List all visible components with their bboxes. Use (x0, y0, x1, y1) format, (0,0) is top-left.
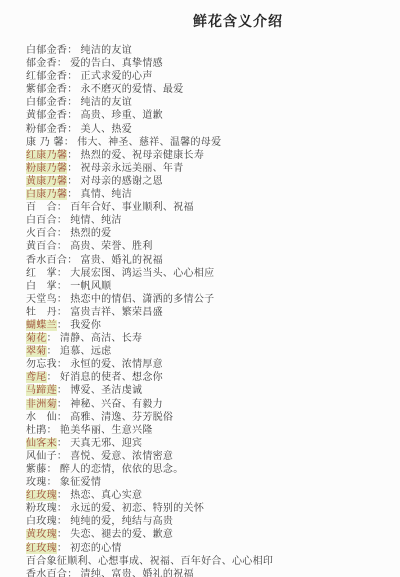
flower-entry: 鸢尾：好消息的使者、想念你 (26, 371, 400, 384)
colon-separator: ： (57, 490, 67, 501)
colon-separator: ： (67, 84, 77, 95)
flower-meaning: 美人、热爱 (81, 124, 133, 135)
flower-name-highlighted: 白康乃馨 (26, 189, 67, 200)
flower-entry: 玫瑰：象征爱情 (26, 476, 400, 489)
flower-meaning: 祝母亲永远美丽、年青 (81, 163, 184, 174)
flower-meaning: 大展宏图、鸿运当头、心心相应 (70, 268, 214, 279)
colon-separator: ： (47, 464, 57, 475)
flower-meaning: 富贵、婚礼的祝福 (81, 255, 163, 266)
flower-meaning: 纯洁的友谊 (81, 45, 133, 56)
colon-separator: ： (67, 97, 77, 108)
flower-entry: 白郁金香：纯洁的友谊 (26, 96, 400, 109)
colon-separator: ： (57, 516, 67, 527)
flower-name: 红 掌 (26, 268, 57, 279)
colon-separator: ： (47, 425, 57, 436)
flower-name: 勿忘我 (26, 359, 57, 370)
colon-separator: ： (67, 176, 77, 187)
flower-name-highlighted: 蝴蝶兰 (26, 320, 57, 331)
flower-meaning: 真情、纯洁 (81, 189, 133, 200)
flower-name: 香水百合 (26, 255, 67, 266)
flower-entry: 百合象征顺利、心想事成、祝福、百年好合、心心相印 (26, 555, 400, 568)
flower-meaning: 神秘、兴奋、有毅力 (70, 399, 163, 410)
flower-entry: 百 合：百年合好、事业顺利、祝福 (26, 201, 400, 214)
flower-name: 黄百合 (26, 241, 57, 252)
flower-entry: 黄玫瑰：失恋、褪去的爱、歉意 (26, 528, 400, 541)
colon-separator: ： (57, 451, 67, 462)
colon-separator: ： (57, 58, 67, 69)
flower-name-highlighted: 菊花 (26, 333, 47, 344)
flower-meaning: 高贵、珍重、道歉 (81, 110, 163, 121)
colon-separator: ： (57, 359, 67, 370)
flower-name: 白郁金香 (26, 45, 67, 56)
flower-name: 黄郁金香 (26, 110, 67, 121)
flower-name: 紫郁金香 (26, 84, 67, 95)
flower-name: 粉郁金香 (26, 124, 67, 135)
document-page: 鲜花含义介绍 白郁金香：纯洁的友谊郁金香：爱的告白、真挚情感红郁金香：正式求爱的… (0, 0, 400, 577)
flower-entry: 白百合：纯情、纯洁 (26, 214, 400, 227)
colon-separator: ： (67, 255, 77, 266)
colon-separator: ： (57, 281, 67, 292)
flower-entry: 马蹄莲：博爱、圣洁虔诚 (26, 384, 400, 397)
flower-name: 白郁金香 (26, 97, 67, 108)
flower-entry: 粉康乃馨：祝母亲永远美丽、年青 (26, 162, 400, 175)
flower-meaning: 清静、高洁、长寿 (60, 333, 142, 344)
page-title: 鲜花含义介绍 (0, 0, 400, 31)
flower-name: 水 仙 (26, 412, 57, 423)
flower-entry: 粉郁金香：美人、热爱 (26, 123, 400, 136)
flower-entry: 水 仙：高雅、清逸、芬芳脱俗 (26, 411, 400, 424)
flower-name: 火百合 (26, 228, 57, 239)
colon-separator: ： (57, 529, 67, 540)
colon-separator: ： (47, 477, 57, 488)
flower-meaning: 追慕、远虑 (60, 346, 112, 357)
flower-name-highlighted: 鸢尾 (26, 372, 47, 383)
flower-entry: 白玫瑰：纯纯的爱，纯结与高贵 (26, 515, 400, 528)
flower-meaning: 正式求爱的心声 (81, 71, 153, 82)
colon-separator: ： (57, 215, 67, 226)
flower-name: 红郁金香 (26, 71, 67, 82)
flower-entry: 非洲菊：神秘、兴奋、有毅力 (26, 398, 400, 411)
flower-entry: 紫郁金香：永不磨灭的爱情、最爱 (26, 83, 400, 96)
flower-entry: 勿忘我：永恒的爱、浓情厚意 (26, 358, 400, 371)
flower-entry: 天堂鸟：热恋中的情侣、潇洒的多情公子 (26, 293, 400, 306)
colon-separator: ： (67, 45, 77, 56)
flower-entry: 红玫瑰：初恋的心情 (26, 542, 400, 555)
flower-entry: 红康乃馨：热烈的爱、祝母亲健康长寿 (26, 149, 400, 162)
flower-meaning: 失恋、褪去的爱、歉意 (70, 529, 173, 540)
flower-entry: 红玫瑰：热恋、真心实意 (26, 489, 400, 502)
flower-name: 天堂鸟 (26, 294, 57, 305)
flower-meaning: 伟大、神圣、慈祥、温馨的母爱 (77, 137, 221, 148)
flower-name-highlighted: 仙客来 (26, 438, 57, 449)
flower-meaning: 纯情、纯洁 (70, 215, 122, 226)
colon-separator: ： (57, 228, 67, 239)
colon-separator: ： (57, 399, 67, 410)
colon-separator: ： (47, 346, 57, 357)
flower-meaning: 博爱、圣洁虔诚 (70, 385, 142, 396)
flower-entry: 菊花：清静、高洁、长寿 (26, 332, 400, 345)
flower-meaning: 对母亲的感谢之恩 (81, 176, 163, 187)
colon-separator: ： (57, 543, 67, 554)
colon-separator: ： (64, 137, 74, 148)
flower-name-highlighted: 红康乃馨 (26, 150, 67, 161)
colon-separator: ： (67, 569, 77, 577)
flower-meaning: 好消息的使者、想念你 (60, 372, 163, 383)
flower-name-highlighted: 黄康乃馨 (26, 176, 67, 187)
flower-name-highlighted: 马蹄莲 (26, 385, 57, 396)
colon-separator: ： (47, 372, 57, 383)
flower-name: 白百合 (26, 215, 57, 226)
flower-name: 白玫瑰 (26, 516, 57, 527)
colon-separator: ： (57, 385, 67, 396)
flower-meaning: 初恋的心情 (70, 543, 122, 554)
flower-entry: 翠菊：追慕、远虑 (26, 345, 400, 358)
flower-meaning: 热恋、真心实意 (70, 490, 142, 501)
colon-separator: ： (67, 71, 77, 82)
flower-list: 白郁金香：纯洁的友谊郁金香：爱的告白、真挚情感红郁金香：正式求爱的心声紫郁金香：… (0, 44, 400, 577)
flower-entry: 黄康乃馨：对母亲的感谢之恩 (26, 175, 400, 188)
flower-entry: 白郁金香：纯洁的友谊 (26, 44, 400, 57)
flower-meaning: 象征爱情 (60, 477, 101, 488)
flower-name: 百 合 (26, 202, 57, 213)
flower-meaning: 爱的告白、真挚情感 (70, 58, 163, 69)
flower-entry: 郁金香：爱的告白、真挚情感 (26, 57, 400, 70)
flower-name: 风仙子 (26, 451, 57, 462)
flower-name-highlighted: 黄玫瑰 (26, 529, 57, 540)
flower-meaning: 高雅、清逸、芬芳脱俗 (70, 412, 173, 423)
flower-name-highlighted: 翠菊 (26, 346, 47, 357)
colon-separator: ： (57, 438, 67, 449)
flower-meaning: 永不磨灭的爱情、最爱 (81, 84, 184, 95)
flower-name: 白 掌 (26, 281, 57, 292)
flower-name-highlighted: 非洲菊 (26, 399, 57, 410)
flower-meaning: 清纯、富贵、婚礼的祝福 (81, 569, 194, 577)
flower-meaning: 永远的爱、初恋、特别的关怀 (70, 503, 204, 514)
colon-separator: ： (67, 163, 77, 174)
flower-meaning: 热烈的爱 (70, 228, 111, 239)
flower-meaning: 百年合好、事业顺利、祝福 (70, 202, 194, 213)
flower-meaning: 喜悦、爱意、浓情密意 (70, 451, 173, 462)
flower-meaning: 高贵、荣誉、胜利 (70, 241, 152, 252)
flower-meaning: 热烈的爱、祝母亲健康长寿 (81, 150, 205, 161)
flower-meaning: 醉人的恋情，依依的思念。 (60, 464, 184, 475)
flower-name: 杜鹃 (26, 425, 47, 436)
flower-entry: 牡 丹：富贵吉祥、繁荣昌盛 (26, 306, 400, 319)
colon-separator: ： (47, 333, 57, 344)
flower-name: 郁金香 (26, 58, 57, 69)
flower-entry: 杜鹃：艳美华丽、生意兴隆 (26, 424, 400, 437)
flower-meaning: 一帆风顺 (70, 281, 111, 292)
flower-meaning: 我爱你 (70, 320, 101, 331)
colon-separator: ： (57, 320, 67, 331)
flower-meaning: 纯纯的爱，纯结与高贵 (70, 516, 173, 527)
flower-name-highlighted: 红玫瑰 (26, 490, 57, 501)
flower-name: 粉玫瑰 (26, 503, 57, 514)
flower-name: 牡 丹 (26, 307, 57, 318)
flower-entry: 蝴蝶兰：我爱你 (26, 319, 400, 332)
flower-meaning: 百合象征顺利、心想事成、祝福、百年好合、心心相印 (26, 556, 273, 567)
colon-separator: ： (67, 124, 77, 135)
flower-entry: 红 掌：大展宏图、鸿运当头、心心相应 (26, 267, 400, 280)
flower-entry: 白 掌：一帆风顺 (26, 280, 400, 293)
flower-name: 紫藤 (26, 464, 47, 475)
colon-separator: ： (67, 110, 77, 121)
flower-entry: 香水百合：清纯、富贵、婚礼的祝福 (26, 568, 400, 577)
flower-meaning: 富贵吉祥、繁荣昌盛 (70, 307, 163, 318)
flower-name: 香水百合 (26, 569, 67, 577)
colon-separator: ： (57, 503, 67, 514)
flower-meaning: 热恋中的情侣、潇洒的多情公子 (70, 294, 214, 305)
flower-entry: 粉玫瑰：永远的爱、初恋、特别的关怀 (26, 502, 400, 515)
flower-entry: 康 乃 馨：伟大、神圣、慈祥、温馨的母爱 (26, 136, 400, 149)
flower-entry: 白康乃馨：真情、纯洁 (26, 188, 400, 201)
flower-name-highlighted: 红玫瑰 (26, 543, 57, 554)
flower-entry: 火百合：热烈的爱 (26, 227, 400, 240)
colon-separator: ： (67, 150, 77, 161)
colon-separator: ： (67, 189, 77, 200)
flower-entry: 黄百合：高贵、荣誉、胜利 (26, 240, 400, 253)
flower-entry: 黄郁金香：高贵、珍重、道歉 (26, 109, 400, 122)
flower-meaning: 艳美华丽、生意兴隆 (60, 425, 153, 436)
flower-meaning: 永恒的爱、浓情厚意 (70, 359, 163, 370)
colon-separator: ： (57, 412, 67, 423)
colon-separator: ： (57, 307, 67, 318)
flower-meaning: 纯洁的友谊 (81, 97, 133, 108)
flower-name-highlighted: 粉康乃馨 (26, 163, 67, 174)
flower-entry: 紫藤：醉人的恋情，依依的思念。 (26, 463, 400, 476)
colon-separator: ： (57, 241, 67, 252)
colon-separator: ： (57, 294, 67, 305)
colon-separator: ： (57, 268, 67, 279)
flower-meaning: 天真无邪、迎宾 (70, 438, 142, 449)
flower-entry: 红郁金香：正式求爱的心声 (26, 70, 400, 83)
flower-entry: 仙客来：天真无邪、迎宾 (26, 437, 400, 450)
flower-name: 康 乃 馨 (26, 137, 64, 148)
colon-separator: ： (57, 202, 67, 213)
flower-entry: 风仙子：喜悦、爱意、浓情密意 (26, 450, 400, 463)
flower-entry: 香水百合：富贵、婚礼的祝福 (26, 254, 400, 267)
flower-name: 玫瑰 (26, 477, 47, 488)
